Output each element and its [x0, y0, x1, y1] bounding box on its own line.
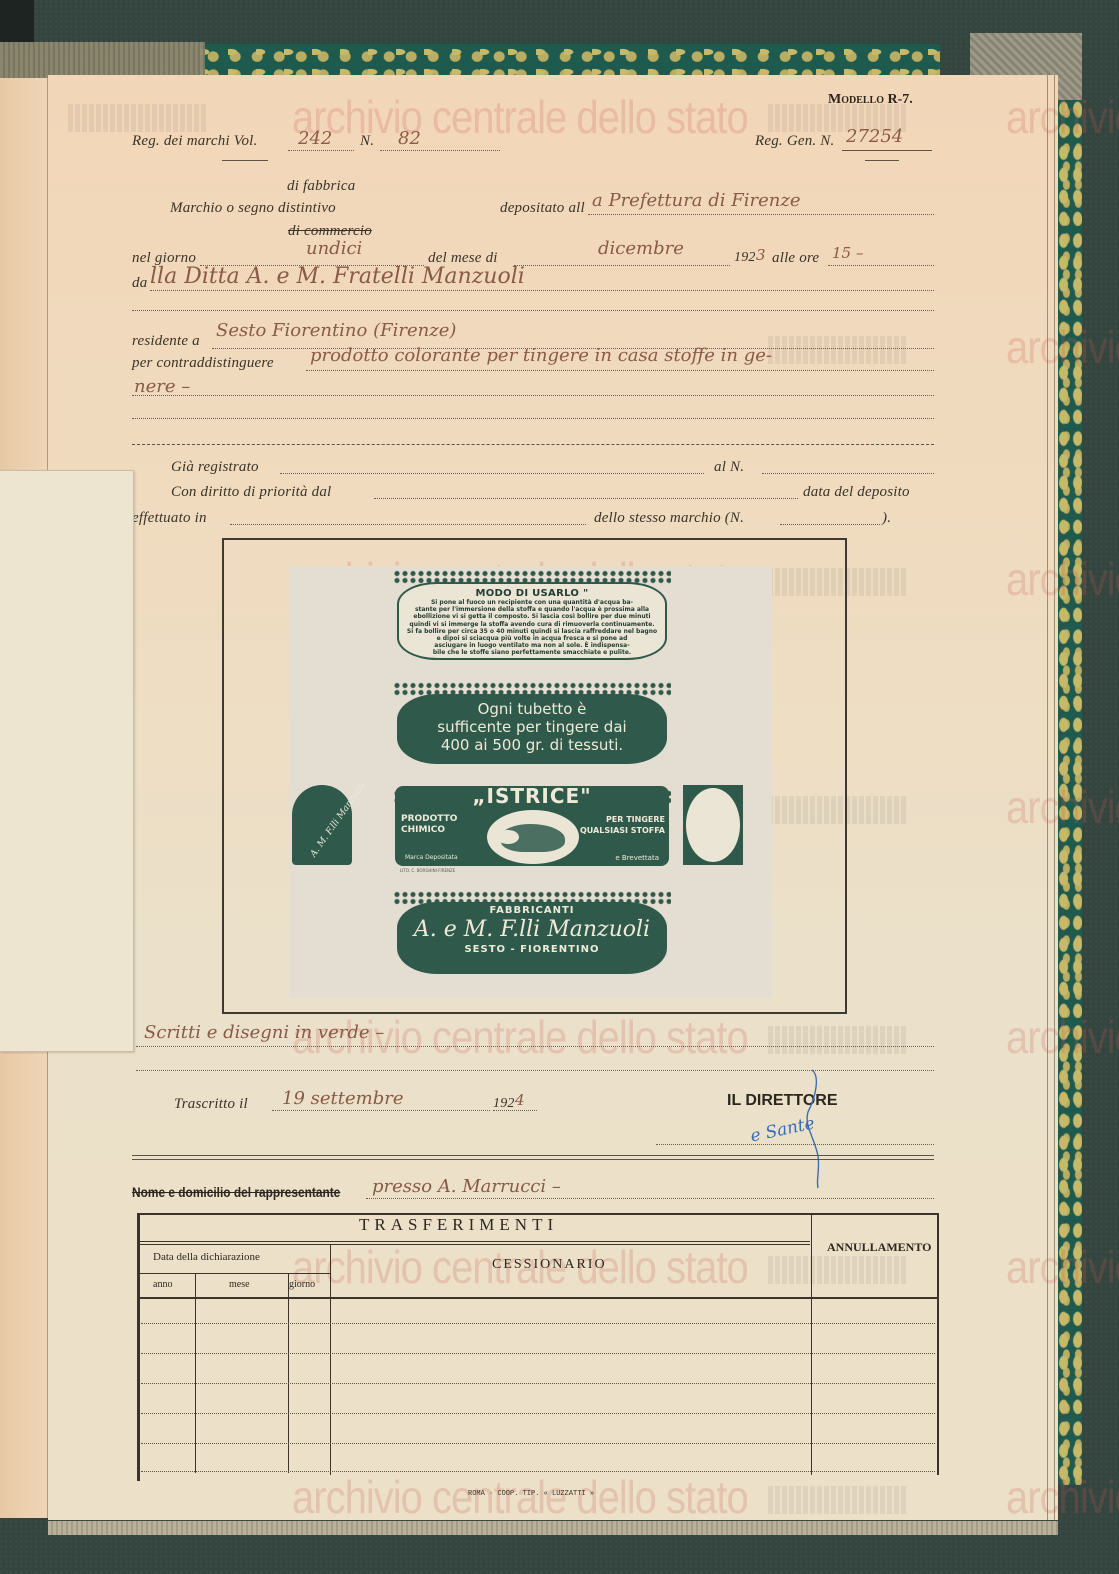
- priorita-label: Con diritto di priorità dal: [171, 484, 331, 501]
- trascritto-field-line: [272, 1110, 490, 1111]
- blank-oval-label: [683, 785, 743, 865]
- vol-field-line: [288, 150, 354, 151]
- trascritto-value: 19 settembre: [282, 1088, 403, 1109]
- blank-oval: [686, 788, 740, 862]
- trascritto-year-line: [493, 1110, 537, 1111]
- vol-value: 242: [298, 128, 332, 149]
- brand-name: „ISTRICE": [395, 784, 669, 808]
- usage-label: MODO DI USARLO " Si pone al fuoco un rec…: [397, 582, 667, 660]
- mese-value: dicembre: [598, 238, 684, 259]
- cessionario-header: CESSIONARIO: [492, 1257, 607, 1273]
- table-row: [141, 1413, 935, 1414]
- effettuato-label: effettuato in: [132, 510, 207, 527]
- double-rule: [132, 1155, 934, 1156]
- gia-registrato-field-line: [280, 473, 704, 474]
- contraddistinguere-label: per contraddistinguere: [132, 355, 274, 372]
- maker-name: A. e M. F.lli Manzuoli: [397, 916, 667, 944]
- annullamento-header: ANNULLAMENTO: [827, 1240, 931, 1255]
- blank-line: [132, 418, 934, 419]
- tube-label: Ogni tubetto è sufficente per tingere da…: [397, 694, 667, 764]
- cloth-tape-bottom: [48, 1521, 1058, 1535]
- reg-marchi-label: Reg. dei marchi Vol.: [132, 133, 258, 150]
- reg-gen-field-line: [842, 150, 932, 151]
- cloth-tape-top: [0, 42, 205, 78]
- rappresentante-label: Nome e domicilio del rappresentante: [132, 1184, 340, 1200]
- rappresentante-value: presso A. Marrucci –: [372, 1176, 561, 1197]
- table-row: [141, 1323, 935, 1324]
- year-hand: 3: [756, 246, 766, 264]
- maker-city: SESTO - FIORENTINO: [397, 944, 667, 955]
- brevettata: e Brevettata: [615, 854, 659, 862]
- marca-depositata: Marca Depositata: [405, 854, 458, 861]
- residente-label: residente a: [132, 333, 200, 350]
- per-tingere: PER TINGERE QUALSIASI STOFFA: [580, 814, 665, 836]
- porcupine-illustration: [487, 810, 579, 864]
- n-label: N.: [360, 133, 374, 150]
- rule: [222, 160, 268, 161]
- col-giorno: giorno: [289, 1279, 315, 1290]
- rappresentante-field-line: [366, 1198, 934, 1199]
- table-row: [141, 1471, 935, 1472]
- stesso-marchio-close: ).: [882, 510, 891, 527]
- blank-line: [132, 444, 934, 445]
- marbled-binding-top: [200, 44, 940, 76]
- pasted-slip: [0, 470, 134, 1052]
- da-field-line: [150, 290, 934, 291]
- n-value: 82: [398, 128, 421, 149]
- brand-label: „ISTRICE" PRODOTTO CHIMICO PER TINGERE Q…: [395, 786, 669, 866]
- contraddistinguere-field-line: [306, 370, 934, 371]
- trascritto-year-hand: 4: [515, 1091, 525, 1109]
- blank-line: [132, 310, 934, 311]
- signature-stroke: [790, 1066, 830, 1190]
- usage-title: MODO DI USARLO ": [399, 588, 665, 599]
- trascritto-label: Trascritto il: [174, 1096, 248, 1113]
- contraddistinguere-line-2: [132, 395, 934, 396]
- maker-label: FABBRICANTI A. e M. F.lli Manzuoli SESTO…: [397, 902, 667, 974]
- col-anno: anno: [153, 1279, 172, 1290]
- n-field-line: [380, 150, 500, 151]
- year-printed: 192: [734, 250, 756, 266]
- gia-registrato-label: Già registrato: [171, 459, 259, 476]
- effettuato-field-line: [230, 524, 586, 525]
- depositato-field-line: [588, 214, 934, 215]
- depositato-value: a Prefettura di Firenze: [592, 190, 801, 211]
- printer-imprint: ROMA · COOP. TIP. « LUZZATTI »: [468, 1490, 594, 1498]
- transfers-table: TRASFERIMENTI ANNULLAMENTO Data della di…: [137, 1213, 939, 1518]
- contraddistinguere-value: prodotto colorante per tingere in casa s…: [310, 345, 772, 366]
- marchio-label: Marchio o segno distintivo: [170, 200, 336, 217]
- stesso-marchio-field-line: [780, 524, 880, 525]
- rule: [865, 160, 899, 161]
- fabbricanti: FABBRICANTI: [397, 905, 667, 916]
- di-fabbrica-label: di fabbrica: [287, 178, 355, 195]
- marbled-binding-right: [1058, 100, 1082, 1485]
- side-signature-label: A. M. F.lli Manzuoli: [292, 785, 352, 865]
- note-field-line: [136, 1046, 934, 1047]
- form-model: Modello R-7.: [828, 92, 913, 108]
- page-edge-line: [1047, 75, 1048, 1520]
- page-edge-line: [1054, 75, 1055, 1520]
- reg-gen-value: 27254: [846, 126, 903, 147]
- ore-field-line: [828, 265, 934, 266]
- trasferimenti-title: TRASFERIMENTI: [359, 1215, 558, 1235]
- data-deposito-label: data del deposito: [803, 484, 910, 501]
- al-n-field-line: [762, 473, 934, 474]
- usage-text: Si pone al fuoco un recipiente con una q…: [399, 599, 665, 657]
- cover-corner: [0, 0, 34, 45]
- table-row: [141, 1443, 935, 1444]
- mese-field-line: [514, 265, 730, 266]
- table-row: [141, 1353, 935, 1354]
- alle-ore-label: alle ore: [772, 250, 819, 267]
- date-header: Data della dichiarazione: [153, 1251, 260, 1263]
- al-n-label: al N.: [714, 459, 744, 476]
- col-mese: mese: [229, 1279, 250, 1290]
- stesso-marchio-label: dello stesso marchio (N.: [594, 510, 744, 527]
- reg-gen-label: Reg. Gen. N.: [755, 133, 834, 150]
- contraddistinguere-value-2: nere –: [134, 376, 190, 397]
- note-value: Scritti e disegni in verde –: [144, 1022, 384, 1043]
- table-row: [141, 1383, 935, 1384]
- da-value: lla Ditta A. e M. Fratelli Manzuoli: [150, 264, 525, 289]
- da-label: da: [132, 275, 147, 292]
- priorita-field-line: [374, 498, 798, 499]
- prodotto-chimico: PRODOTTO CHIMICO: [401, 814, 457, 836]
- double-rule: [132, 1159, 934, 1160]
- depositato-label: depositato all: [500, 200, 585, 217]
- residente-value: Sesto Fiorentino (Firenze): [216, 320, 456, 341]
- lithographer-credit: LITO. C. BORGHINI-FIRENZE: [400, 868, 455, 873]
- giorno-value: undici: [306, 238, 362, 259]
- ore-value: 15 –: [832, 244, 863, 262]
